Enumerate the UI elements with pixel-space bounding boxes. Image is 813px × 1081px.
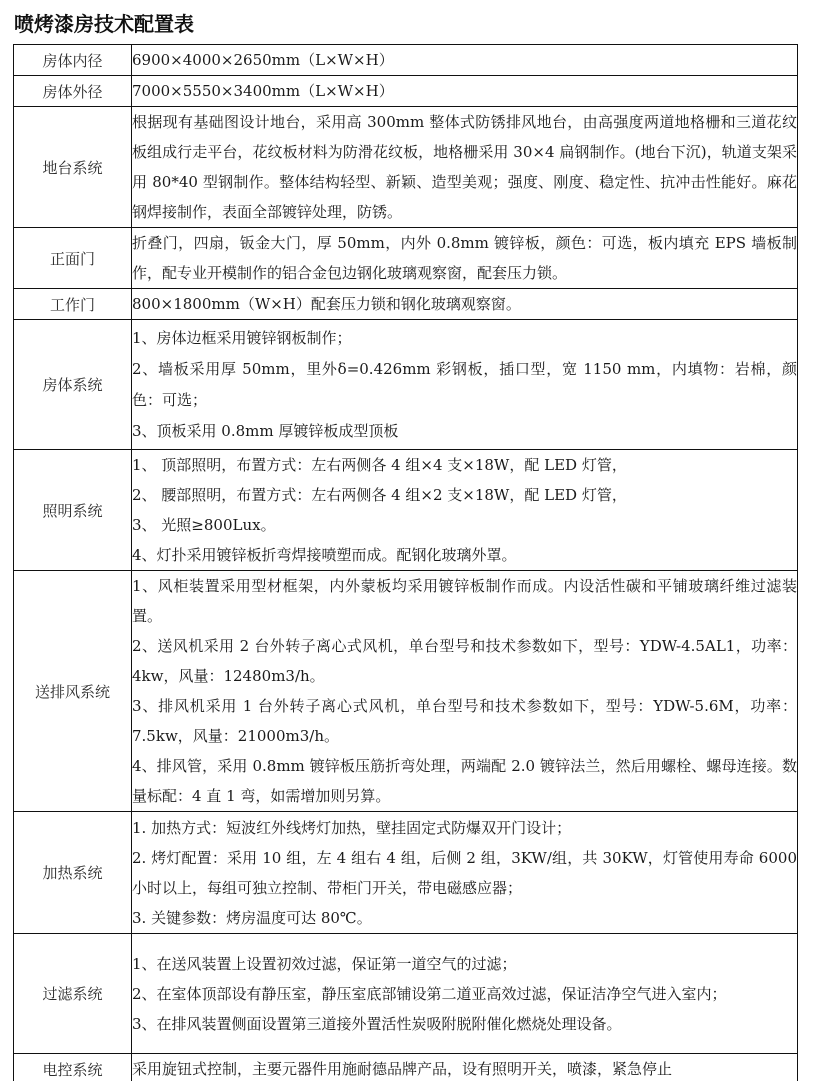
content-line: 折叠门，四扇，钣金大门，厚 50mm，内外 0.8mm 镀锌板，颜色：可选，板内…: [132, 228, 797, 288]
row-content: 6900×4000×2650mm（L×W×H）: [132, 45, 798, 76]
row-label: 加热系统: [14, 812, 132, 934]
content-line: 2、 腰部照明，布置方式：左右两侧各 4 组×2 支×18W，配 LED 灯管，: [132, 480, 797, 510]
row-content: 1、 顶部照明，布置方式：左右两侧各 4 组×4 支×18W，配 LED 灯管，…: [132, 450, 798, 571]
content-line: 2、墙板采用厚 50mm，里外δ=0.426mm 彩钢板，插口型，宽 1150 …: [132, 354, 797, 416]
row-content: 折叠门，四扇，钣金大门，厚 50mm，内外 0.8mm 镀锌板，颜色：可选，板内…: [132, 228, 798, 289]
table-row-lighting-system: 照明系统 1、 顶部照明，布置方式：左右两侧各 4 组×4 支×18W，配 LE…: [14, 450, 798, 571]
row-label: 送排风系统: [14, 571, 132, 812]
content-line: 4、排风管，采用 0.8mm 镀锌板压筋折弯处理，两端配 2.0 镀锌法兰，然后…: [132, 751, 797, 811]
row-content: 1、在送风装置上设置初效过滤，保证第一道空气的过滤； 2、在室体顶部设有静压室，…: [132, 934, 798, 1054]
row-label: 房体系统: [14, 320, 132, 450]
content-line: 2、在室体顶部设有静压室，静压室底部铺设第二道亚高效过滤，保证洁净空气进入室内；: [132, 979, 797, 1009]
content-line: 3. 关键参数：烤房温度可达 80℃。: [132, 903, 797, 933]
document-title: 喷烤漆房技术配置表: [14, 8, 194, 37]
content-line: 1、在送风装置上设置初效过滤，保证第一道空气的过滤；: [132, 949, 797, 979]
row-label: 照明系统: [14, 450, 132, 571]
row-content: 1、风柜装置采用型材框架，内外蒙板均采用镀锌板制作而成。内设活性碳和平铺玻璃纤维…: [132, 571, 798, 812]
content-line: 1、风柜装置采用型材框架，内外蒙板均采用镀锌板制作而成。内设活性碳和平铺玻璃纤维…: [132, 571, 797, 631]
row-label: 电控系统: [14, 1054, 132, 1081]
content-line: 3、顶板采用 0.8mm 厚镀锌板成型顶板: [132, 416, 797, 447]
content-line: 采用旋钮式控制，主要元器件用施耐德品牌产品，设有照明开关，喷漆，紧急停止: [132, 1054, 797, 1081]
content-line: 3、 光照≥800Lux。: [132, 510, 797, 540]
table-row-floor-system: 地台系统 根据现有基础图设计地台，采用高 300mm 整体式防锈排风地台，由高强…: [14, 107, 798, 228]
row-content: 1、房体边框采用镀锌钢板制作； 2、墙板采用厚 50mm，里外δ=0.426mm…: [132, 320, 798, 450]
row-label: 正面门: [14, 228, 132, 289]
table-row-work-door: 工作门 800×1800mm（W×H）配套压力锁和钢化玻璃观察窗。: [14, 289, 798, 320]
content-line: 1、房体边框采用镀锌钢板制作；: [132, 323, 797, 354]
content-line: 根据现有基础图设计地台，采用高 300mm 整体式防锈排风地台，由高强度两道地格…: [132, 107, 797, 227]
content-line: 2. 烤灯配置：采用 10 组，左 4 组右 4 组，后侧 2 组，3KW/组，…: [132, 843, 797, 903]
table-row-filter-system: 过滤系统 1、在送风装置上设置初效过滤，保证第一道空气的过滤； 2、在室体顶部设…: [14, 934, 798, 1054]
row-content: 采用旋钮式控制，主要元器件用施耐德品牌产品，设有照明开关，喷漆，紧急停止: [132, 1054, 798, 1081]
content-line: 2、送风机采用 2 台外转子离心式风机，单台型号和技术参数如下，型号：YDW-4…: [132, 631, 797, 691]
table-row-inner-dimensions: 房体内径 6900×4000×2650mm（L×W×H）: [14, 45, 798, 76]
content-line: 7000×5550×3400mm（L×W×H）: [132, 76, 797, 106]
table-row-electric-control-system: 电控系统 采用旋钮式控制，主要元器件用施耐德品牌产品，设有照明开关，喷漆，紧急停…: [14, 1054, 798, 1081]
content-line: 1、 顶部照明，布置方式：左右两侧各 4 组×4 支×18W，配 LED 灯管，: [132, 450, 797, 480]
table-row-ventilation-system: 送排风系统 1、风柜装置采用型材框架，内外蒙板均采用镀锌板制作而成。内设活性碳和…: [14, 571, 798, 812]
row-content: 1. 加热方式：短波红外线烤灯加热，壁挂固定式防爆双开门设计； 2. 烤灯配置：…: [132, 812, 798, 934]
row-label: 工作门: [14, 289, 132, 320]
spec-table: 房体内径 6900×4000×2650mm（L×W×H） 房体外径 7000×5…: [13, 44, 798, 1081]
row-label: 房体外径: [14, 76, 132, 107]
row-label: 房体内径: [14, 45, 132, 76]
content-line: 800×1800mm（W×H）配套压力锁和钢化玻璃观察窗。: [132, 289, 797, 319]
row-label: 过滤系统: [14, 934, 132, 1054]
table-row-outer-dimensions: 房体外径 7000×5550×3400mm（L×W×H）: [14, 76, 798, 107]
table-row-heating-system: 加热系统 1. 加热方式：短波红外线烤灯加热，壁挂固定式防爆双开门设计； 2. …: [14, 812, 798, 934]
content-line: 4、灯扑采用镀锌板折弯焊接喷塑而成。配钢化玻璃外罩。: [132, 540, 797, 570]
content-line: 3、排风机采用 1 台外转子离心式风机，单台型号和技术参数如下，型号：YDW-5…: [132, 691, 797, 751]
table-row-body-system: 房体系统 1、房体边框采用镀锌钢板制作； 2、墙板采用厚 50mm，里外δ=0.…: [14, 320, 798, 450]
content-line: 3、在排风装置侧面设置第三道接外置活性炭吸附脱附催化燃烧处理设备。: [132, 1009, 797, 1039]
row-content: 根据现有基础图设计地台，采用高 300mm 整体式防锈排风地台，由高强度两道地格…: [132, 107, 798, 228]
row-label: 地台系统: [14, 107, 132, 228]
row-content: 800×1800mm（W×H）配套压力锁和钢化玻璃观察窗。: [132, 289, 798, 320]
table-row-front-door: 正面门 折叠门，四扇，钣金大门，厚 50mm，内外 0.8mm 镀锌板，颜色：可…: [14, 228, 798, 289]
row-content: 7000×5550×3400mm（L×W×H）: [132, 76, 798, 107]
content-line: 6900×4000×2650mm（L×W×H）: [132, 45, 797, 75]
content-line: 1. 加热方式：短波红外线烤灯加热，壁挂固定式防爆双开门设计；: [132, 813, 797, 843]
